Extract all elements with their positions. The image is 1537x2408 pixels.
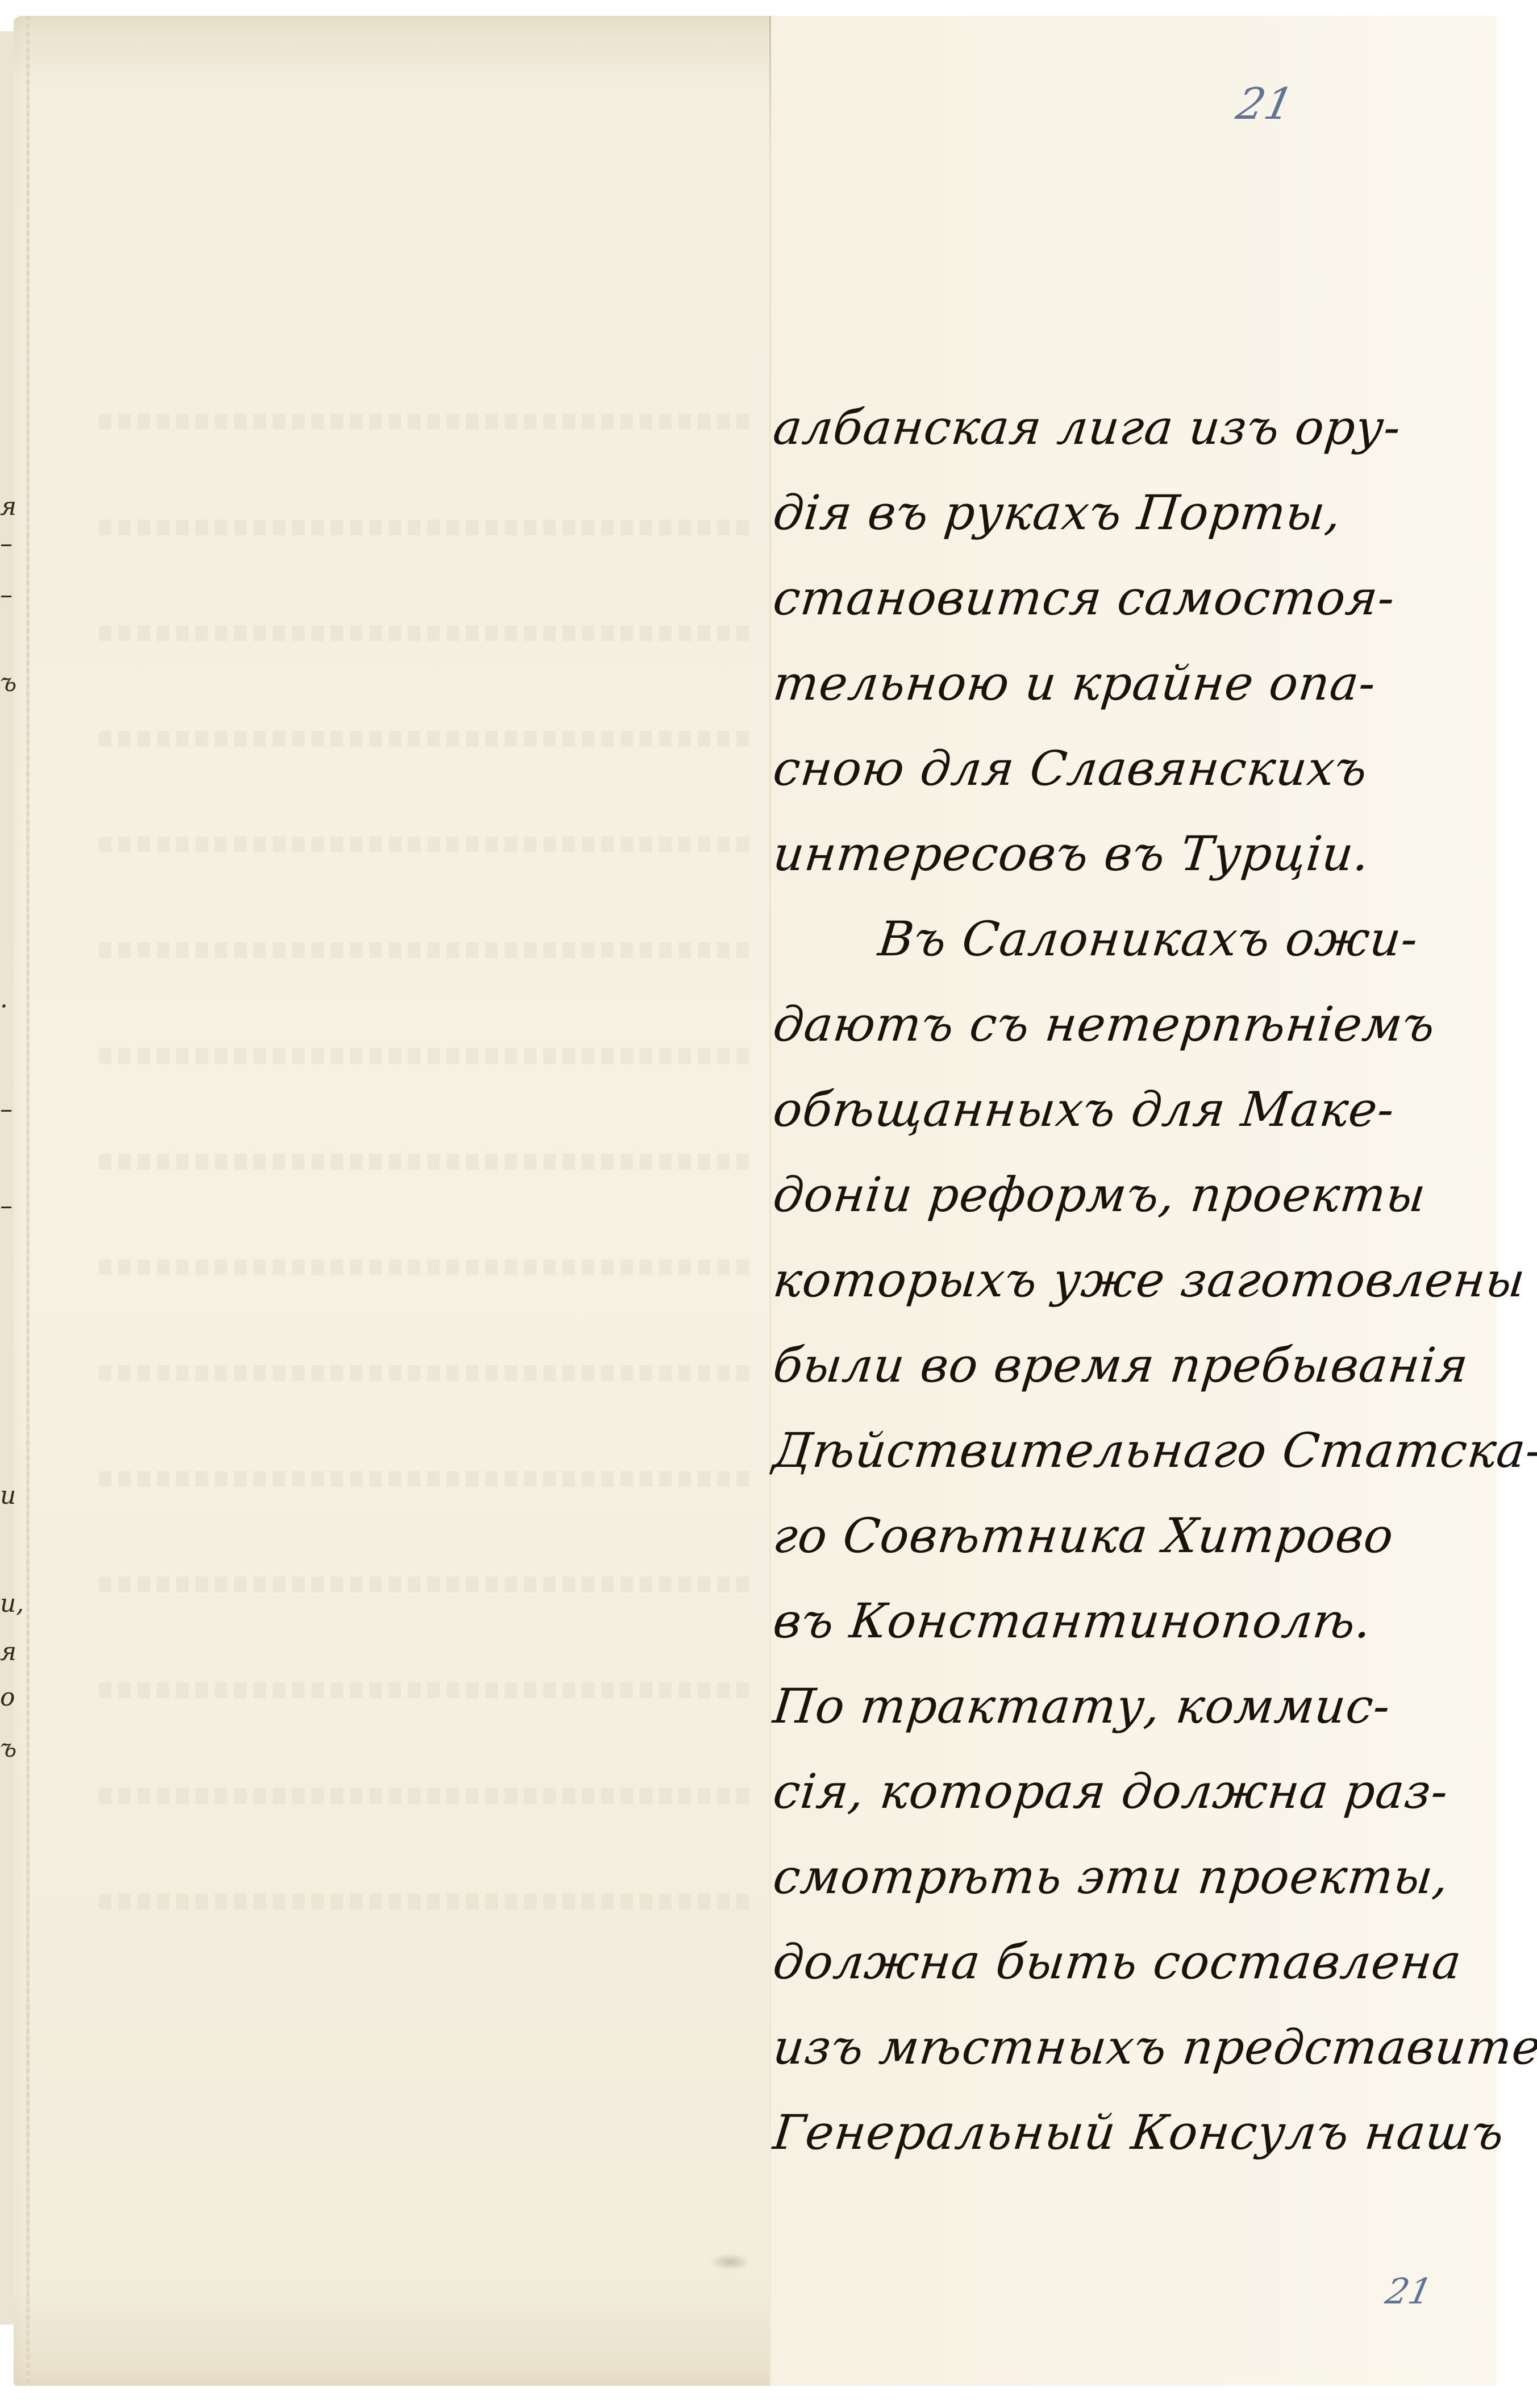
pencil-smudge bbox=[710, 2253, 750, 2270]
text-line: сною для Славянскихъ bbox=[767, 745, 1526, 830]
bleed-line bbox=[99, 731, 752, 747]
margin-fragment: – bbox=[0, 531, 13, 556]
paragraph-start-line: Въ Салоникахъ ожи- bbox=[767, 915, 1526, 1000]
margin-fragment: – bbox=[0, 1097, 13, 1122]
margin-fragment: я bbox=[0, 1640, 16, 1665]
folio-number-top: 21 bbox=[1232, 78, 1298, 129]
text-line: смотрѣть эти проекты, bbox=[767, 1853, 1526, 1938]
bleed-line bbox=[99, 1259, 752, 1275]
text-line: становится самостоя- bbox=[767, 574, 1526, 659]
text-line: обѣщанныхъ для Маке- bbox=[767, 1086, 1526, 1171]
margin-fragment: и, bbox=[0, 1591, 24, 1616]
folio-number-bottom: 21 bbox=[1382, 2270, 1435, 2312]
text-line: тельною и крайне опа- bbox=[767, 659, 1526, 745]
margin-fragment: ъ bbox=[0, 671, 16, 696]
margin-fragment: · bbox=[0, 995, 8, 1020]
margin-fragment: и bbox=[0, 1483, 16, 1508]
text-line: въ Константинополѣ. bbox=[767, 1597, 1526, 1682]
bleed-through-text bbox=[99, 414, 752, 2005]
text-line: сія, которая должна раз- bbox=[767, 1767, 1526, 1853]
text-line: даютъ съ нетерпѣніемъ bbox=[767, 1000, 1526, 1086]
bleed-line bbox=[99, 942, 752, 958]
manuscript-text: албанская лига изъ ору- дія въ рукахъ По… bbox=[767, 404, 1517, 2194]
text-line: изъ мѣстныхъ представителей. bbox=[767, 2023, 1526, 2108]
margin-fragment: – bbox=[0, 1193, 13, 1218]
text-line: Дѣйствительнаго Статска- bbox=[767, 1426, 1526, 1512]
text-line: были во время пребыванія bbox=[767, 1341, 1526, 1426]
margin-fragment: о bbox=[0, 1685, 15, 1710]
bleed-line bbox=[99, 1577, 752, 1592]
text-line: Генеральный Консулъ нашъ bbox=[767, 2108, 1526, 2194]
text-line: го Совѣтника Хитрово bbox=[767, 1512, 1526, 1597]
text-line: доніи реформъ, проекты bbox=[767, 1171, 1526, 1256]
bleed-line bbox=[99, 625, 752, 641]
text-line: дія въ рукахъ Порты, bbox=[767, 489, 1526, 574]
bleed-line bbox=[99, 1048, 752, 1064]
bleed-line bbox=[99, 1365, 752, 1381]
bleed-line bbox=[99, 1154, 752, 1170]
margin-fragment: я bbox=[0, 494, 16, 519]
text-line: интересовъ въ Турціи. bbox=[767, 830, 1526, 915]
bleed-line bbox=[99, 1682, 752, 1698]
previous-page-fragments: я – – ъ · – – и и, я о ъ bbox=[0, 0, 34, 2408]
text-line: По трактату, коммис- bbox=[767, 1682, 1526, 1767]
margin-fragment: – bbox=[0, 583, 13, 608]
text-line: должна быть составлена bbox=[767, 1938, 1526, 2023]
margin-fragment: ъ bbox=[0, 1736, 16, 1761]
bleed-line bbox=[99, 837, 752, 852]
bleed-line bbox=[99, 414, 752, 430]
bleed-line bbox=[99, 519, 752, 535]
text-line: которыхъ уже заготовлены bbox=[767, 1256, 1526, 1341]
bleed-line bbox=[99, 1471, 752, 1487]
bleed-line bbox=[99, 1788, 752, 1804]
text-line: албанская лига изъ ору- bbox=[767, 404, 1526, 489]
bleed-line bbox=[99, 1894, 752, 1910]
